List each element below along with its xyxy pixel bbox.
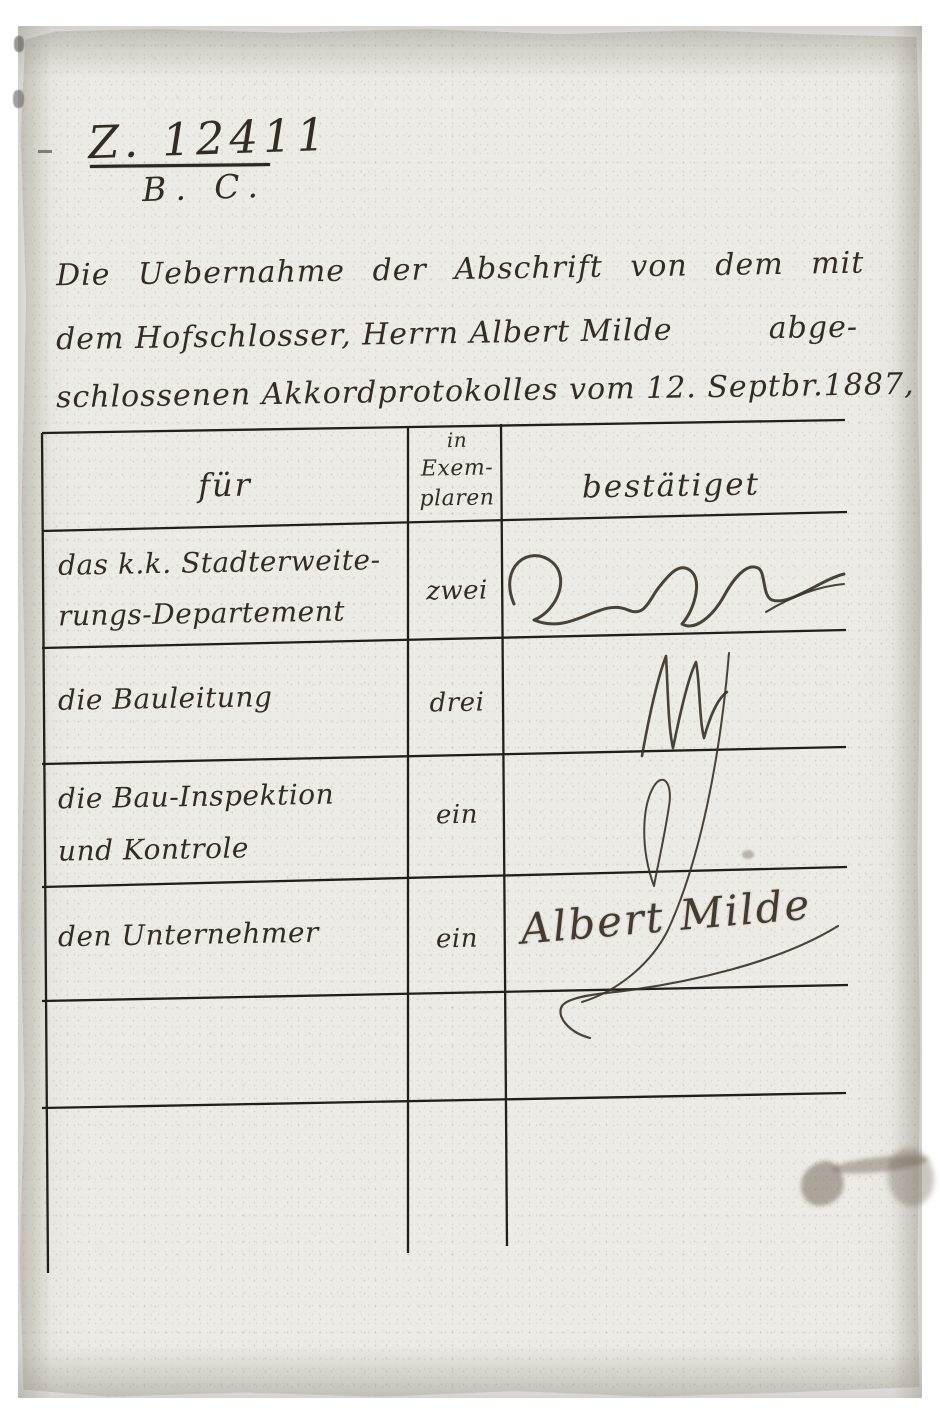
reference-initials: B. C. <box>141 166 267 209</box>
row1-exemplare: zwei <box>408 575 507 607</box>
row4-fuer-line1: den Unternehmer <box>58 916 319 954</box>
signature-tall-flourish-main <box>582 653 729 1002</box>
signature-tall-flourish-zigzag <box>642 656 727 756</box>
header-cell-fuer: für <box>42 463 409 507</box>
table-row5-bottom-line <box>42 1093 846 1108</box>
reference-number: Z. 12411 <box>87 108 331 169</box>
table-row1-bottom-line <box>42 630 846 648</box>
row4-exemplare: ein <box>408 923 507 955</box>
header-cell-exemplare-line1: in <box>408 427 506 453</box>
paragraph-line-2-right: abge- <box>768 310 858 346</box>
header-cell-bestaetiget: bestätiget <box>504 465 839 507</box>
scanned-document: Z. 12411 B. C. Die Uebernahme der Abschr… <box>0 0 940 1413</box>
row1-fuer-line1: das k.k. Stadterweite- <box>58 543 381 582</box>
signature-flourish-row1 <box>510 556 844 626</box>
row3-fuer-line1: die Bau-Inspektion <box>58 778 335 816</box>
row3-exemplare: ein <box>408 799 507 831</box>
signature-tall-flourish-loop <box>644 780 670 886</box>
row2-exemplare: drei <box>408 687 507 719</box>
paragraph-line-3-right: 1887, <box>823 367 914 403</box>
table-left-border <box>42 433 48 1273</box>
row1-fuer-line2: rungs-Departement <box>58 594 346 632</box>
table-header-bottom-line <box>42 512 847 531</box>
header-cell-exemplare-line2: Exem- <box>408 455 506 482</box>
table-column-divider-2 <box>501 424 507 1246</box>
header-cell-exemplare-line3: plaren <box>408 485 506 512</box>
signature-flourish-row1-cross <box>766 584 844 612</box>
row2-fuer-line1: die Bauleitung <box>58 680 273 717</box>
margin-dash-mark <box>38 150 52 153</box>
row3-fuer-line2: und Kontrole <box>58 831 250 867</box>
table-row4-bottom-line <box>42 985 848 1001</box>
table-row2-bottom-line <box>42 747 846 764</box>
table-row3-bottom-line <box>42 867 847 887</box>
